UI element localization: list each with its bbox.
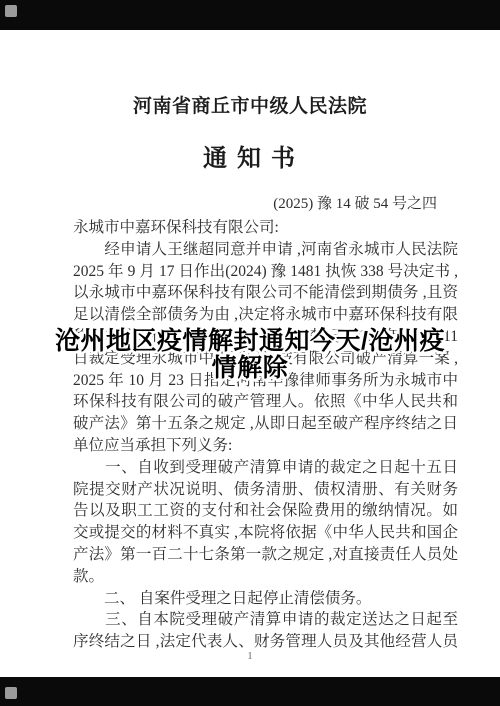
body-line: 告以及职工工资的支付和社会保险费用的缴纳情况。如拒不提 — [73, 500, 458, 522]
body-line: 2025 年 9 月 17 日作出(2024) 豫 1481 执恢 338 号决… — [73, 261, 458, 283]
court-name: 河南省商丘市中级人民法院 — [0, 91, 500, 118]
body-line: 破产法》第十五条之规定 ,从即日起至破产程序终结之日 ,你 — [73, 413, 458, 435]
seo-overlay-caption: 沧州地区疫情解封通知今天/沧州疫 情解除 — [0, 328, 500, 382]
page-number: 1 — [0, 650, 500, 662]
body-line: 三、自本院受理破产清算申请的裁定送达之日起至破产程 — [73, 609, 458, 631]
top-letterbox-bar — [0, 0, 500, 30]
body-line: 足以清偿全部债务为由 ,决定将永城市中嘉环保科技有限公司 — [73, 304, 458, 326]
overlay-line-2: 情解除 — [0, 355, 500, 382]
bottom-letterbox-bar — [0, 677, 500, 706]
player-control-icon[interactable] — [5, 687, 17, 699]
body-line: 经申请人王继超同意并申请 ,河南省永城市人民法院于 — [73, 239, 458, 261]
body-line: 款。 — [73, 566, 458, 588]
body-line: 产法》第一百二十七条第一款之规定 ,对直接责任人员处以罚 — [73, 544, 458, 566]
case-number: (2025) 豫 14 破 54 号之四 — [73, 192, 437, 213]
body-line: 单位应当承担下列义务: — [73, 435, 458, 457]
page: 河南省商丘市中级人民法院 通 知 书 (2025) 豫 14 破 54 号之四 … — [0, 0, 500, 706]
document-title: 通 知 书 — [0, 138, 500, 173]
body-line: 院提交财产状况说明、债务清册、债权清册、有关财务会计报 — [73, 479, 458, 501]
body-line: 二、 自案件受理之日起停止清偿债务。 — [73, 588, 458, 610]
player-control-icon[interactable] — [5, 5, 17, 17]
overlay-line-1: 沧州地区疫情解封通知今天/沧州疫 — [0, 328, 500, 355]
body-line: 以永城市中嘉环保科技有限公司不能清偿到期债务 ,且资产不 — [73, 282, 458, 304]
body-line: 一、自收到受理破产清算申请的裁定之日起十五日内向本 — [73, 457, 458, 479]
body-line: 环保科技有限公司的破产管理人。依照《中华人民共和国企业 — [73, 391, 458, 413]
body-line: 交或提交的材料不真实 ,本院将依据《中华人民共和国企业破 — [73, 522, 458, 544]
body-line: 永城市中嘉环保科技有限公司: — [73, 217, 458, 239]
document-body: 永城市中嘉环保科技有限公司: 经申请人王继超同意并申请 ,河南省永城市人民法院于… — [73, 217, 458, 653]
